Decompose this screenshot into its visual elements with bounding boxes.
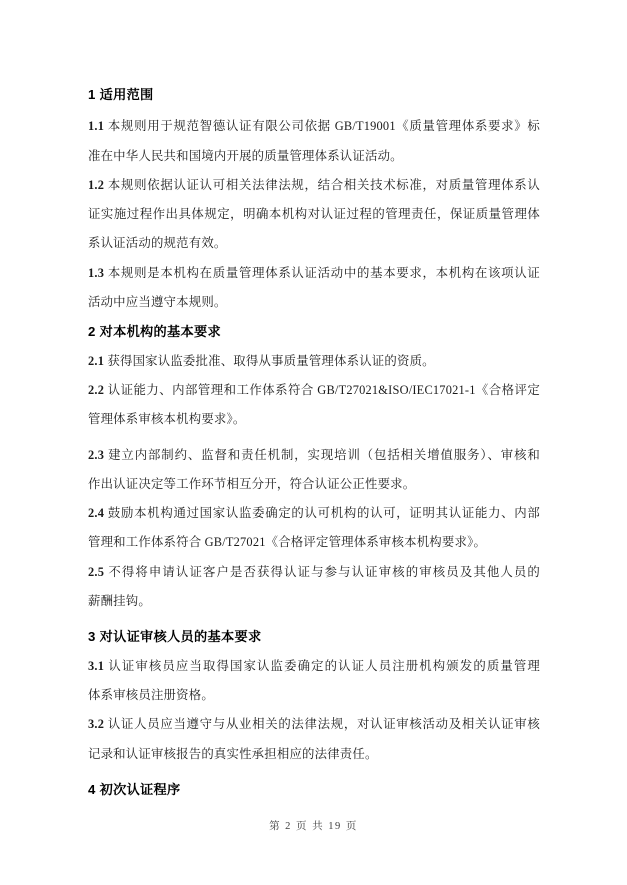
paragraph-line: 准在中华人民共和国境内开展的质量管理体系认证活动。: [88, 142, 540, 171]
clause-number: 1.3: [88, 266, 108, 280]
clause-number: 2.1: [88, 354, 107, 368]
paragraph-line: 2.3 建立内部制约、监督和责任机制，实现培训（包括相关增值服务）、审核和: [88, 441, 540, 470]
paragraph-line: 3.1 认证审核员应当取得国家认监委确定的认证人员注册机构颁发的质量管理: [88, 652, 540, 681]
document-page: 1 适用范围1.1 本规则用于规范智德认证有限公司依据 GB/T19001《质量…: [0, 0, 627, 885]
clause-number: 1.2: [88, 178, 108, 192]
paragraph-line: 作出认证决定等工作环节相互分开，符合认证公正性要求。: [88, 470, 540, 499]
paragraph-line: 活动中应当遵守本规则。: [88, 288, 540, 317]
clause-number: 3.1: [88, 659, 108, 673]
clause-number: 3.2: [88, 717, 108, 731]
document-body: 1 适用范围1.1 本规则用于规范智德认证有限公司依据 GB/T19001《质量…: [88, 80, 540, 804]
paragraph-line: 记录和认证审核报告的真实性承担相应的法律责任。: [88, 740, 540, 769]
paragraph-line: 薪酬挂钩。: [88, 587, 540, 616]
clause-number: 2.3: [88, 448, 108, 462]
paragraph-line: 2.5 不得将申请认证客户是否获得认证与参与认证审核的审核员及其他人员的: [88, 558, 540, 587]
paragraph-line: 3.2 认证人员应当遵守与从业相关的法律法规，对认证审核活动及相关认证审核: [88, 710, 540, 739]
section-heading: 1 适用范围: [88, 80, 540, 109]
paragraph-line: 2.1 获得国家认监委批准、取得从事质量管理体系认证的资质。: [88, 347, 540, 376]
paragraph-line: 2.2 认证能力、内部管理和工作体系符合 GB/T27021&ISO/IEC17…: [88, 376, 540, 405]
paragraph-line: 证实施过程作出具体规定，明确本机构对认证过程的管理责任，保证质量管理体: [88, 200, 540, 229]
section-heading: 3 对认证审核人员的基本要求: [88, 622, 540, 651]
clause-number: 2.2: [88, 383, 108, 397]
paragraph-line: 1.3 本规则是本机构在质量管理体系认证活动中的基本要求，本机构在该项认证: [88, 259, 540, 288]
paragraph-line: 管理体系审核本机构要求》。: [88, 405, 540, 434]
paragraph-line: 体系审核员注册资格。: [88, 681, 540, 710]
paragraph-line: 2.4 鼓励本机构通过国家认监委确定的认可机构的认可，证明其认证能力、内部: [88, 499, 540, 528]
clause-number: 2.4: [88, 506, 108, 520]
page-footer: 第 2 页 共 19 页: [0, 819, 627, 835]
paragraph-line: 管理和工作体系符合 GB/T27021《合格评定管理体系审核本机构要求》。: [88, 528, 540, 557]
page-number: 第 2 页 共 19 页: [269, 821, 358, 832]
paragraph-line: 1.1 本规则用于规范智德认证有限公司依据 GB/T19001《质量管理体系要求…: [88, 112, 540, 141]
paragraph-line: 系认证活动的规范有效。: [88, 229, 540, 258]
section-heading: 4 初次认证程序: [88, 775, 540, 804]
clause-number: 1.1: [88, 119, 108, 133]
paragraph-line: 1.2 本规则依据认证认可相关法律法规，结合相关技术标准，对质量管理体系认: [88, 171, 540, 200]
section-heading: 2 对本机构的基本要求: [88, 317, 540, 346]
clause-number: 2.5: [88, 565, 108, 579]
